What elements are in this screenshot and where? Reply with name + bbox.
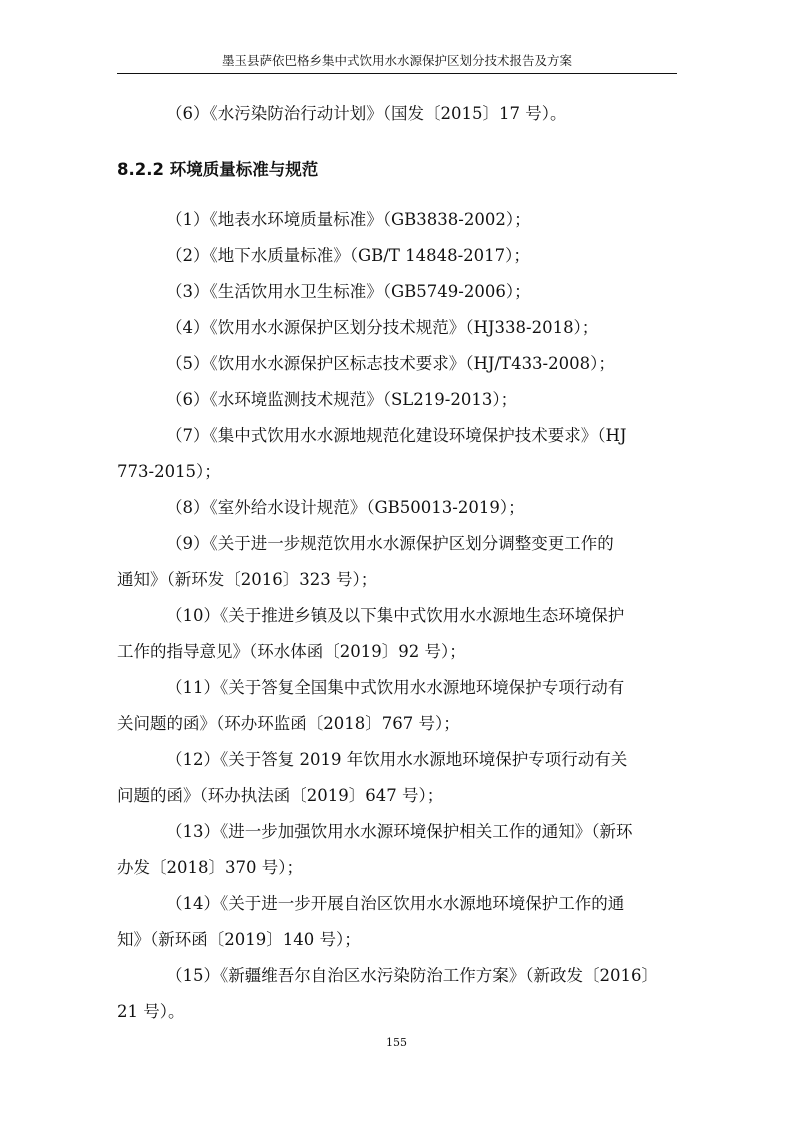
reference-item: （14）《关于进一步开展自治区饮用水水源地环境保护工作的通 (117, 886, 677, 922)
reference-item: （11）《关于答复全国集中式饮用水水源地环境保护专项行动有 (117, 670, 677, 706)
reference-item-continuation: 773-2015）； (117, 454, 677, 490)
page-number: 155 (0, 1036, 793, 1049)
reference-item: （8）《室外给水设计规范》（GB50013-2019）； (117, 490, 677, 526)
reference-item: （15）《新疆维吾尔自治区水污染防治工作方案》（新政发〔2016〕 (117, 958, 677, 994)
reference-item-continuation: 通知》（新环发〔2016〕323 号）； (117, 562, 677, 598)
reference-item: （1）《地表水环境质量标准》（GB3838-2002）； (117, 202, 677, 238)
reference-item-continuation: 21 号）。 (117, 994, 677, 1030)
reference-item: （10）《关于推进乡镇及以下集中式饮用水水源地生态环境保护 (117, 598, 677, 634)
reference-item: （2）《地下水质量标准》（GB/T 14848-2017）； (117, 238, 677, 274)
reference-item-continuation: 办发〔2018〕370 号）； (117, 850, 677, 886)
section-heading: 8.2.2 环境质量标准与规范 (117, 152, 677, 188)
reference-item: （6）《水环境监测技术规范》（SL219-2013）； (117, 382, 677, 418)
reference-item: （12）《关于答复 2019 年饮用水水源地环境保护专项行动有关 (117, 742, 677, 778)
reference-list: （1）《地表水环境质量标准》（GB3838-2002）； （2）《地下水质量标准… (117, 202, 677, 1030)
reference-item: （7）《集中式饮用水水源地规范化建设环境保护技术要求》（HJ (117, 418, 677, 454)
reference-item-continuation: 工作的指导意见》（环水体函〔2019〕92 号）； (117, 634, 677, 670)
reference-item-continuation: 关问题的函》（环办环监函〔2018〕767 号）； (117, 706, 677, 742)
reference-item: （13）《进一步加强饮用水水源环境保护相关工作的通知》（新环 (117, 814, 677, 850)
running-header: 墨玉县萨依巴格乡集中式饮用水水源保护区划分技术报告及方案 (117, 52, 677, 70)
reference-item: （4）《饮用水水源保护区划分技术规范》（HJ338-2018）； (117, 310, 677, 346)
reference-item: （9）《关于进一步规范饮用水水源保护区划分调整变更工作的 (117, 526, 677, 562)
reference-item: （3）《生活饮用水卫生标准》（GB5749-2006）； (117, 274, 677, 310)
reference-item-continuation: 知》（新环函〔2019〕140 号）； (117, 922, 677, 958)
header-divider (117, 73, 677, 74)
reference-item: （6）《水污染防治行动计划》（国发〔2015〕17 号）。 (117, 96, 677, 132)
document-body: （6）《水污染防治行动计划》（国发〔2015〕17 号）。 8.2.2 环境质量… (117, 96, 677, 1030)
reference-item-continuation: 问题的函》（环办执法函〔2019〕647 号）； (117, 778, 677, 814)
reference-item: （5）《饮用水水源保护区标志技术要求》（HJ/T433-2008）； (117, 346, 677, 382)
